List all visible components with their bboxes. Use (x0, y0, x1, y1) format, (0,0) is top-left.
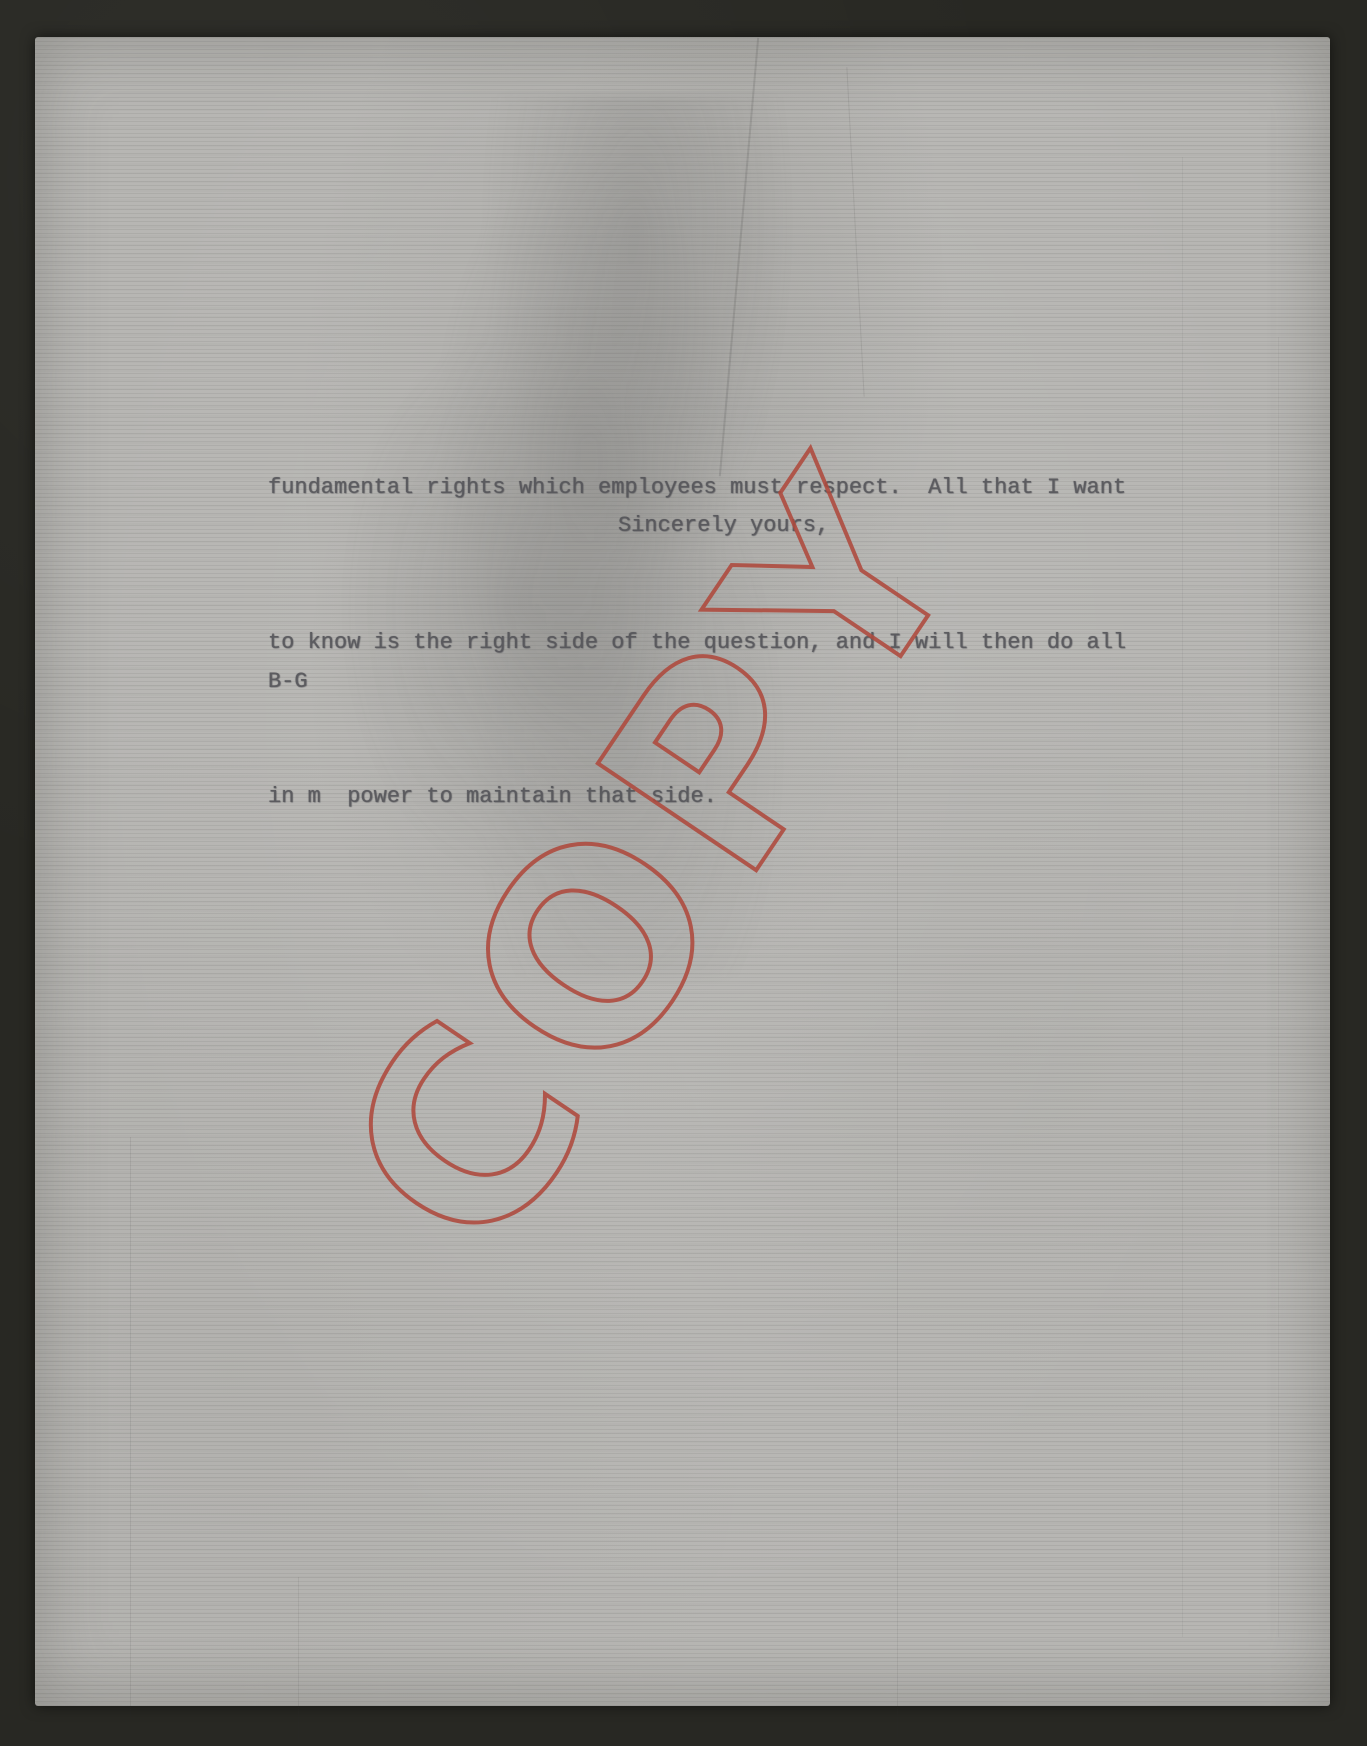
letter-body: fundamental rights which employees must … (268, 359, 1126, 926)
paper-crease (1182, 157, 1183, 1637)
closing-line: Sincerely yours, (618, 513, 829, 538)
body-line: to know is the right side of the questio… (268, 617, 1126, 669)
paper-crease (1278, 337, 1279, 1637)
typist-initials: B-G (268, 669, 308, 694)
body-line: fundamental rights which employees must … (268, 462, 1126, 514)
scan-background: fundamental rights which employees must … (0, 0, 1367, 1746)
paper-crease (298, 1577, 299, 1743)
paper-crease (130, 1137, 131, 1737)
paper-crease (846, 67, 864, 397)
body-line: in m power to maintain that side. (268, 771, 1126, 823)
letter-page: fundamental rights which employees must … (35, 37, 1330, 1706)
